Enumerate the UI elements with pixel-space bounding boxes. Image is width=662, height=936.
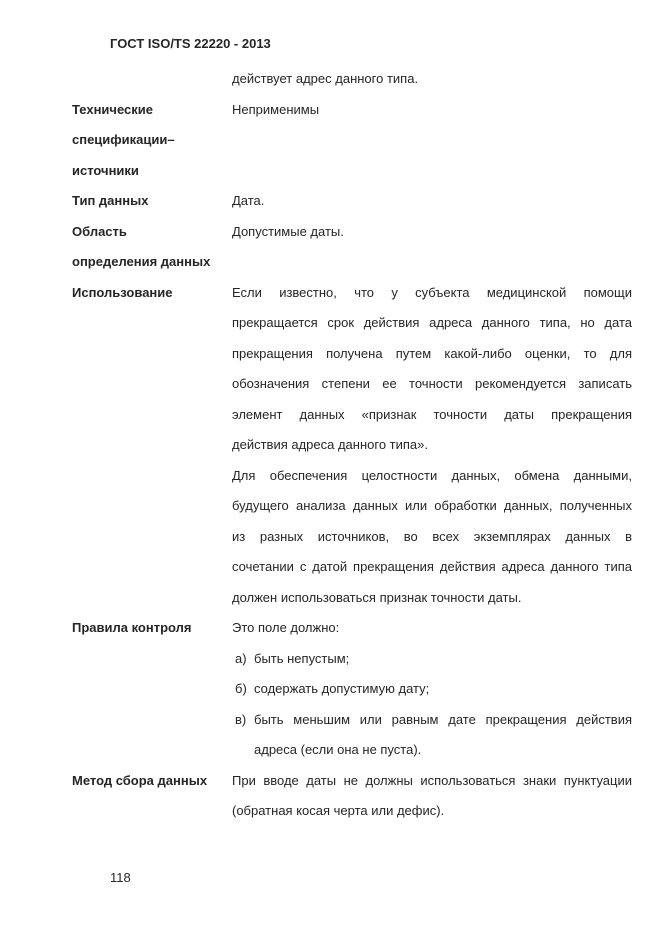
document-page: { "header": { "title": "ГОСТ ISO/TS 2222… <box>0 0 662 936</box>
definition-row: Технические спецификации– источникиНепри… <box>72 95 632 187</box>
text-line: будущего анализа данных или обработки да… <box>232 491 632 522</box>
definition-content: Допустимые даты. <box>232 217 632 248</box>
list-item-line: б)содержать допустимую дату; <box>232 674 632 705</box>
term-label: Метод сбора данных <box>72 766 232 797</box>
list-marker: б) <box>235 674 254 705</box>
text-line: элемент данных «признак точности даты пр… <box>232 400 632 431</box>
list-item-text: содержать допустимую дату; <box>254 681 429 696</box>
text-line: адреса (если она не пуста). <box>232 735 632 766</box>
definition-row: Область определения данныхДопустимые дат… <box>72 217 632 278</box>
term-label: Технические спецификации– источники <box>72 95 232 187</box>
list-marker: а) <box>235 644 254 675</box>
text-line: прекращения получена путем какой-либо оц… <box>232 339 632 370</box>
text-line: (обратная косая черта или дефис). <box>232 796 632 827</box>
text-line: прекращается срок действия адреса данног… <box>232 308 632 339</box>
definition-row: действует адрес данного типа. <box>72 64 632 95</box>
text-line: Если известно, что у субъекта медицинско… <box>232 278 632 309</box>
term-label: Область определения данных <box>72 217 232 278</box>
text-line: Дата. <box>232 186 632 217</box>
text-line: обозначения степени ее точности рекоменд… <box>232 369 632 400</box>
text-line: действия адреса данного типа». <box>232 430 632 461</box>
definition-content: Неприменимы <box>232 95 632 126</box>
text-line: Неприменимы <box>232 95 632 126</box>
list-item-line: а)быть непустым; <box>232 644 632 675</box>
definition-row: Метод сбора данныхПри вводе даты не долж… <box>72 766 632 827</box>
term-label: Использование <box>72 278 232 309</box>
list-marker: в) <box>235 705 254 736</box>
text-line: Это поле должно: <box>232 613 632 644</box>
page-title: ГОСТ ISO/TS 22220 - 2013 <box>110 36 271 51</box>
definition-row: ИспользованиеЕсли известно, что у субъек… <box>72 278 632 614</box>
list-item-line: в)быть меньшим или равным дате прекращен… <box>232 705 632 736</box>
text-line: сочетании с датой прекращения действия а… <box>232 552 632 583</box>
definition-content: Если известно, что у субъекта медицинско… <box>232 278 632 614</box>
page-number: 118 <box>110 870 131 885</box>
text-line: действует адрес данного типа. <box>232 64 632 95</box>
text-line: из разных источников, во всех экземпляра… <box>232 522 632 553</box>
term-label: Правила контроля <box>72 613 232 644</box>
text-line: При вводе даты не должны использоваться … <box>232 766 632 797</box>
definition-content: При вводе даты не должны использоваться … <box>232 766 632 827</box>
definition-content: Это поле должно:а)быть непустым;б)содерж… <box>232 613 632 766</box>
definition-list: действует адрес данного типа.Технические… <box>72 64 632 827</box>
list-item-text: быть непустым; <box>254 651 349 666</box>
definition-row: Тип данныхДата. <box>72 186 632 217</box>
definition-row: Правила контроляЭто поле должно:а)быть н… <box>72 613 632 766</box>
text-line: Для обеспечения целостности данных, обме… <box>232 461 632 492</box>
list-item-text: быть меньшим или равным дате прекращения… <box>254 712 632 727</box>
definition-content: действует адрес данного типа. <box>232 64 632 95</box>
term-label: Тип данных <box>72 186 232 217</box>
text-line: должен использоваться признак точности д… <box>232 583 632 614</box>
definition-content: Дата. <box>232 186 632 217</box>
text-line: Допустимые даты. <box>232 217 632 248</box>
